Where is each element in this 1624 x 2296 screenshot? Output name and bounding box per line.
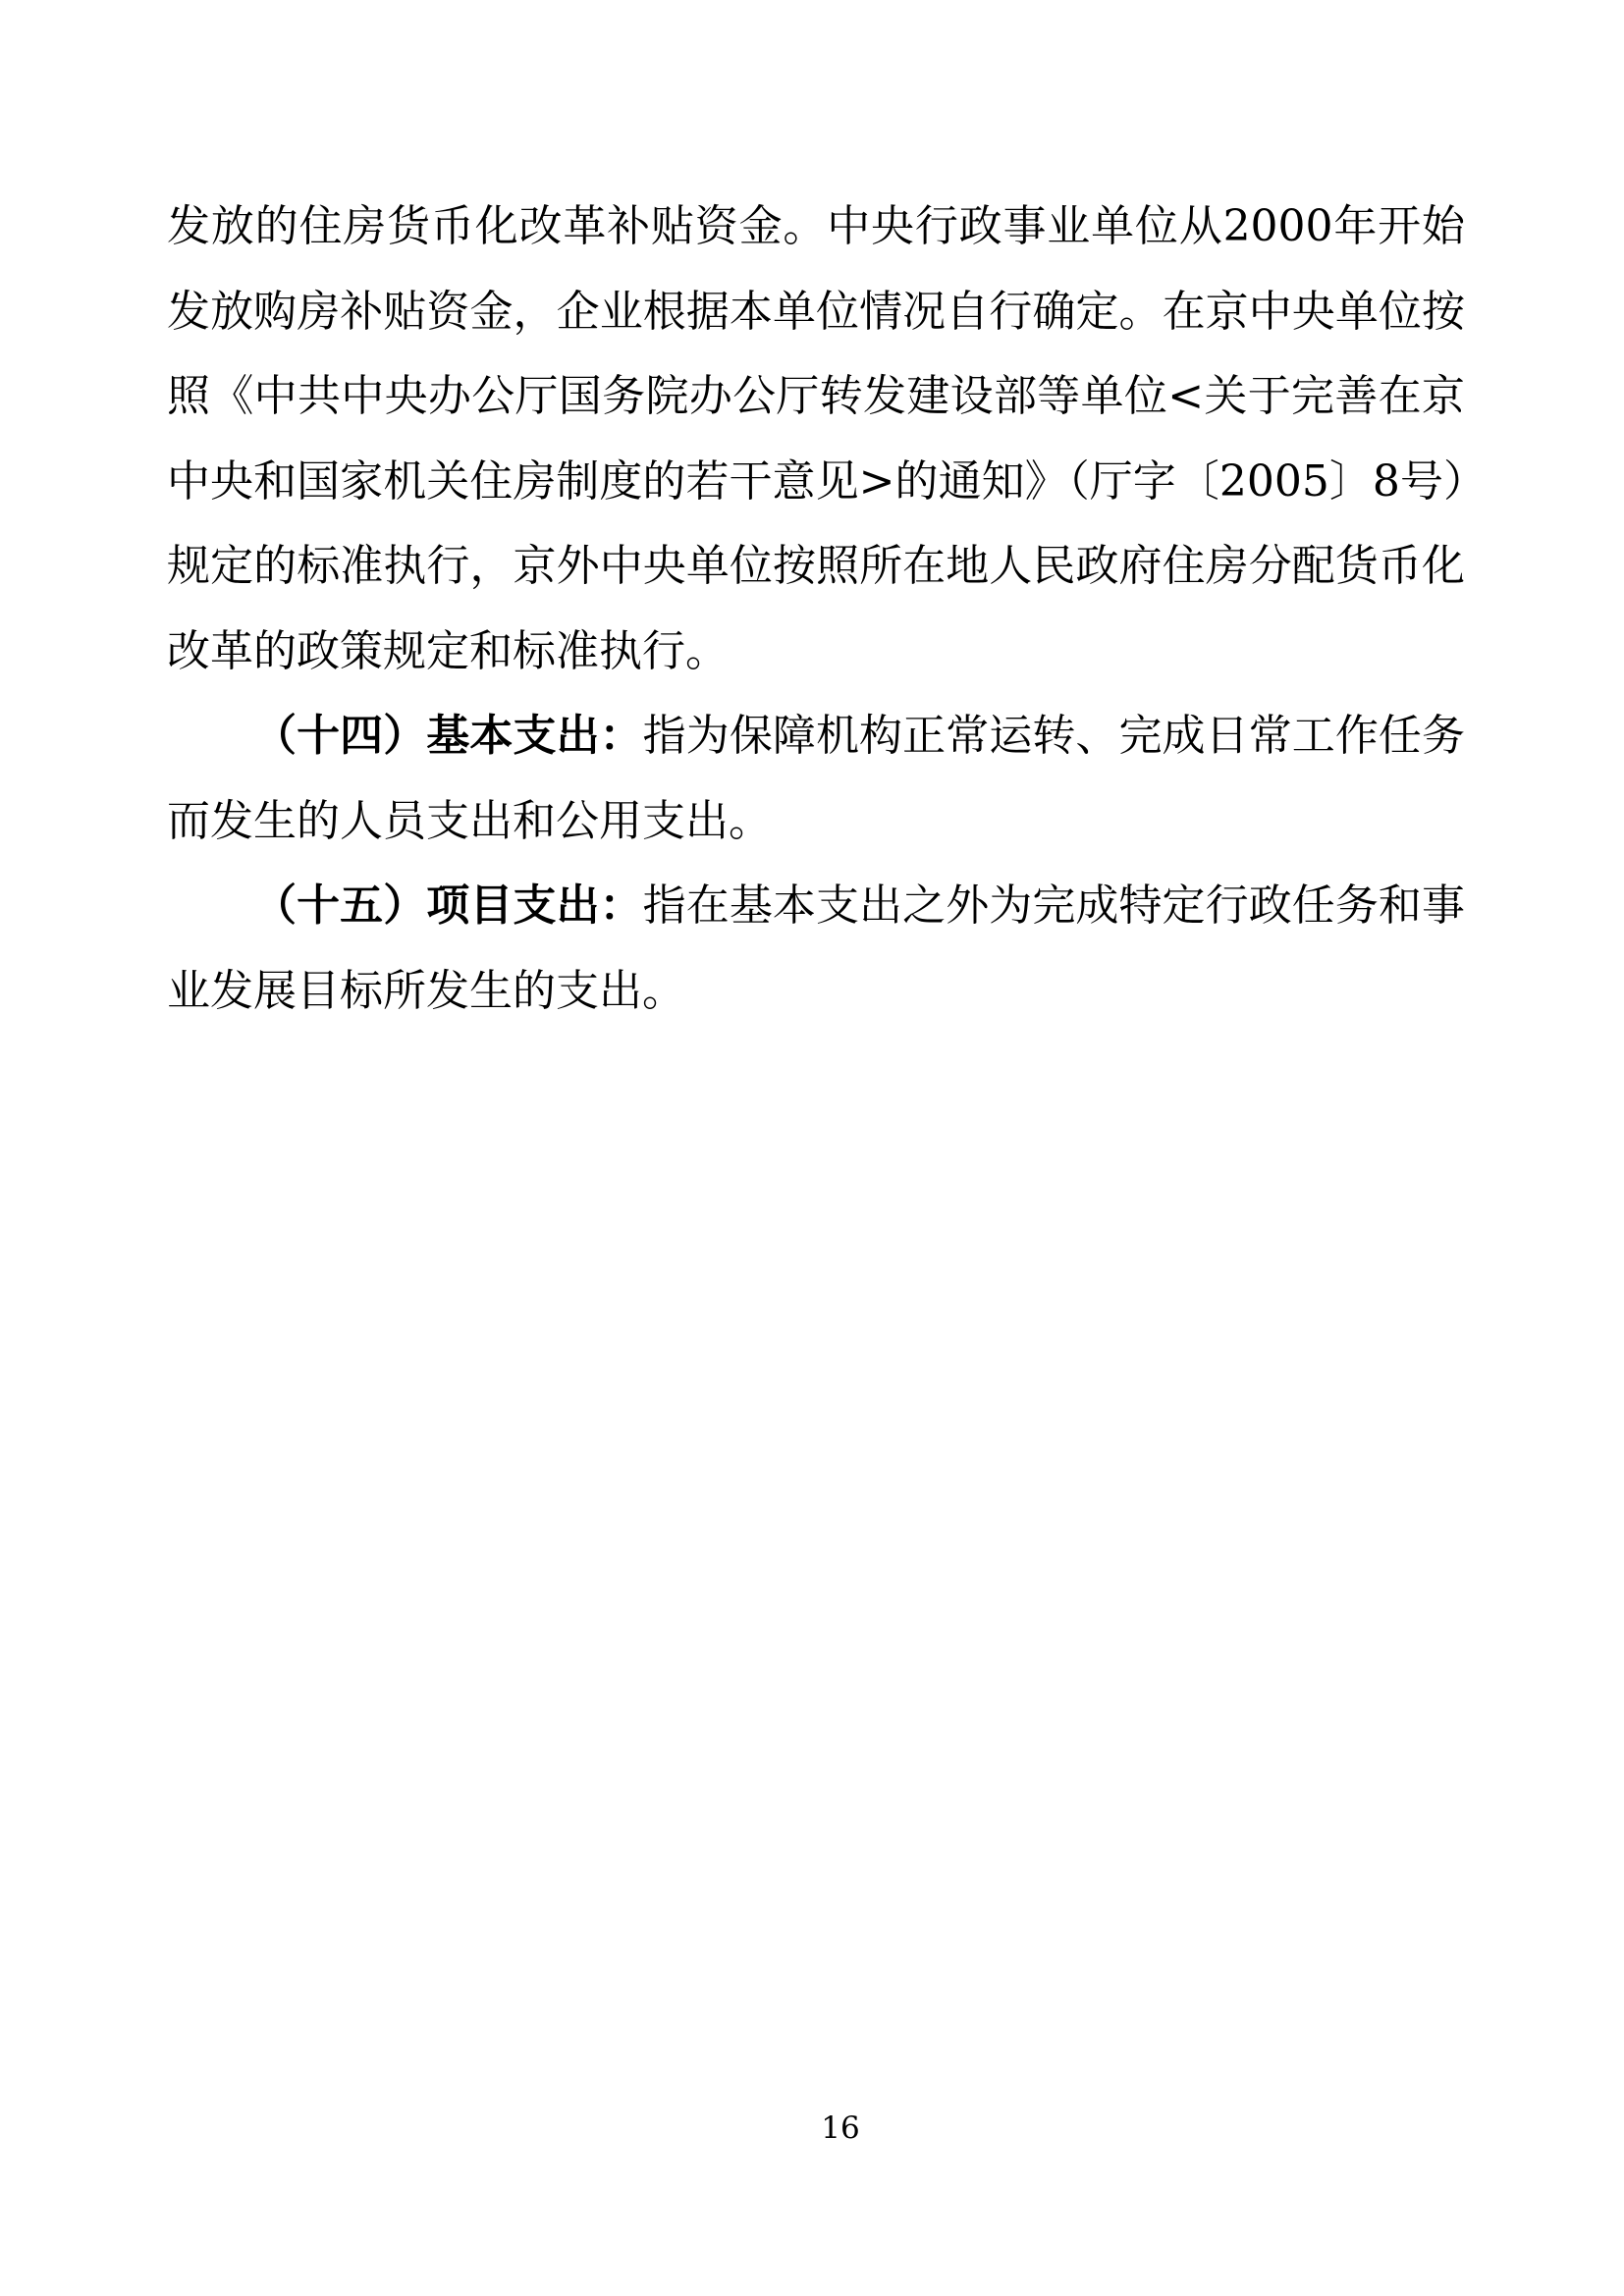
paragraph-item-15: （十五）项目支出：指在基本支出之外为完成特定行政任务和事业发展目标所发生的支出。 <box>167 864 1465 1034</box>
paragraph-continuation: 发放的住房货币化改革补贴资金。中央行政事业单位从2000年开始发放购房补贴资金，… <box>167 185 1465 694</box>
paragraph-text: 发放的住房货币化改革补贴资金。中央行政事业单位从2000年开始发放购房补贴资金，… <box>167 201 1465 676</box>
page-number: 16 <box>0 2110 1624 2146</box>
paragraph-item-14: （十四）基本支出：指为保障机构正常运转、完成日常工作任务而发生的人员支出和公用支… <box>167 694 1465 864</box>
paragraph-bold-lead: （十四）基本支出： <box>253 711 643 761</box>
document-page: 发放的住房货币化改革补贴资金。中央行政事业单位从2000年开始发放购房补贴资金，… <box>0 0 1624 2296</box>
paragraph-bold-lead: （十五）项目支出： <box>253 881 643 931</box>
body-text: 发放的住房货币化改革补贴资金。中央行政事业单位从2000年开始发放购房补贴资金，… <box>167 185 1465 1034</box>
